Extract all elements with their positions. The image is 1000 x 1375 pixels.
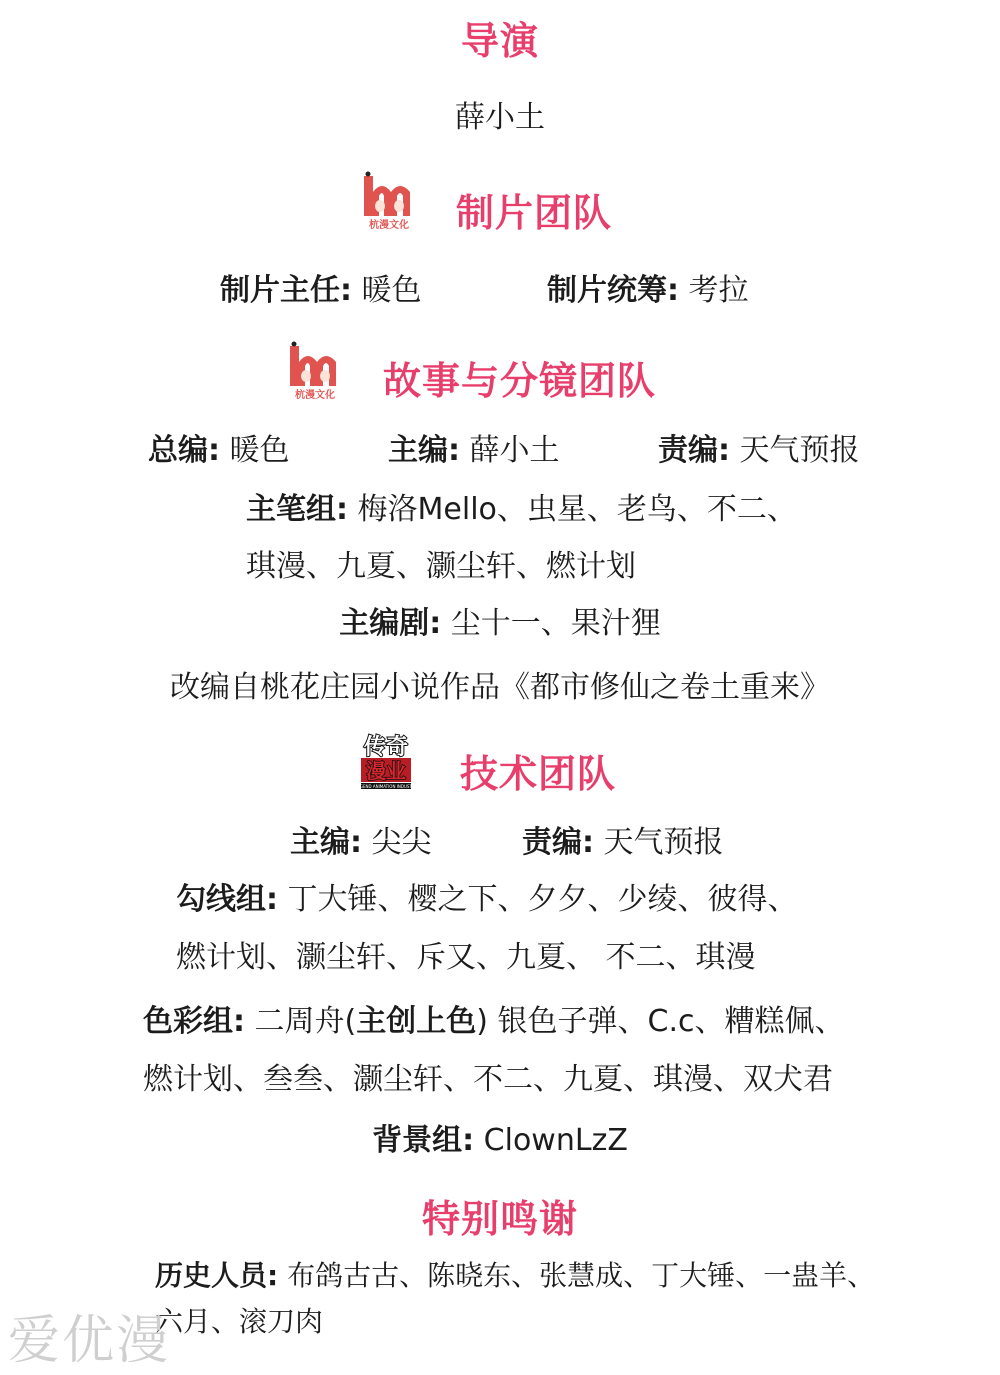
coloring-names: ) 银色子弹、C.c、糟糕佩、 bbox=[476, 1004, 844, 1039]
adaptation-note: 改编自桃花庄园小说作品《都市修仙之卷土重来》 bbox=[0, 662, 1000, 706]
tech-main-editor-label: 主编: bbox=[290, 825, 362, 860]
svg-text:传奇: 传奇 bbox=[364, 734, 408, 760]
background-label: 背景组: bbox=[372, 1123, 474, 1158]
lineart-line2: 燃计划、灏尘轩、斥又、九夏、 不二、琪漫 bbox=[176, 932, 756, 976]
chief-editor-label: 总编: bbox=[148, 433, 220, 468]
lead-artists-line1: 主笔组: 梅洛Mello、虫星、老鸟、不二、 bbox=[246, 484, 797, 528]
responsible-editor-value: 天气预报 bbox=[740, 433, 860, 468]
main-editor-label: 主编: bbox=[388, 433, 460, 468]
production-team-title: 制片团队 bbox=[456, 182, 612, 237]
svg-text:杭漫文化: 杭漫文化 bbox=[295, 388, 335, 400]
coloring-lead-role: 主创上色 bbox=[356, 1004, 476, 1039]
coloring-line1: 色彩组: 二周舟(主创上色) 银色子弹、C.c、糟糕佩、 bbox=[143, 996, 844, 1040]
lineart-line1: 勾线组: 丁大锤、樱之下、夕夕、少绫、彼得、 bbox=[176, 874, 798, 918]
production-coordinator-label: 制片统筹: bbox=[547, 273, 679, 308]
production-director-value: 暖色 bbox=[362, 273, 422, 308]
background-entry: 背景组: ClownLzZ bbox=[0, 1115, 1000, 1159]
background-value: ClownLzZ bbox=[484, 1123, 628, 1158]
lineart-label: 勾线组: bbox=[176, 882, 278, 917]
former-staff-label: 历史人员: bbox=[155, 1259, 278, 1292]
main-editor-entry: 主编: 薛小土 bbox=[388, 425, 560, 469]
hangman-culture-logo-icon: 杭漫文化 bbox=[286, 340, 344, 400]
coloring-label: 色彩组: bbox=[143, 1004, 245, 1039]
lead-artists-names: 梅洛Mello、虫星、老鸟、不二、 bbox=[358, 492, 797, 527]
special-thanks-title: 特别鸣谢 bbox=[0, 1188, 1000, 1243]
legend-animation-logo-icon: 传奇 漫业 LEGEND ANIMATION INDUSTRY bbox=[355, 728, 417, 792]
production-coordinator-entry: 制片统筹: 考拉 bbox=[547, 265, 749, 309]
svg-text:杭漫文化: 杭漫文化 bbox=[369, 218, 409, 230]
coloring-lead-name: 二周舟( bbox=[255, 1004, 357, 1039]
coloring-line2: 燃计划、叁叁、灏尘轩、不二、九夏、琪漫、双犬君 bbox=[143, 1054, 833, 1098]
tech-responsible-editor-entry: 责编: 天气预报 bbox=[522, 817, 724, 861]
former-staff-line2: 六月、滚刀肉 bbox=[155, 1300, 323, 1340]
former-staff-line1: 历史人员: 布鸽古古、陈晓东、张慧成、丁大锤、一蛊羊、 bbox=[155, 1254, 875, 1294]
hangman-culture-logo-icon: 杭漫文化 bbox=[360, 170, 418, 230]
responsible-editor-label: 责编: bbox=[658, 433, 730, 468]
watermark: 爱优漫 bbox=[8, 1298, 170, 1373]
director-title: 导演 bbox=[0, 10, 1000, 65]
production-director-label: 制片主任: bbox=[220, 273, 352, 308]
tech-main-editor-value: 尖尖 bbox=[372, 825, 432, 860]
tech-team-title: 技术团队 bbox=[460, 743, 616, 798]
svg-text:漫业: 漫业 bbox=[366, 759, 406, 783]
screenwriters-label: 主编剧: bbox=[339, 606, 441, 641]
director-name: 薛小土 bbox=[0, 92, 1000, 136]
screenwriters-value: 尘十一、果汁狸 bbox=[451, 606, 661, 641]
story-team-title: 故事与分镜团队 bbox=[383, 350, 656, 405]
responsible-editor-entry: 责编: 天气预报 bbox=[658, 425, 860, 469]
main-editor-value: 薛小土 bbox=[470, 433, 560, 468]
svg-text:LEGEND ANIMATION INDUSTRY: LEGEND ANIMATION INDUSTRY bbox=[355, 784, 417, 789]
tech-responsible-editor-value: 天气预报 bbox=[604, 825, 724, 860]
tech-responsible-editor-label: 责编: bbox=[522, 825, 594, 860]
production-coordinator-value: 考拉 bbox=[689, 273, 749, 308]
former-staff-names: 布鸽古古、陈晓东、张慧成、丁大锤、一蛊羊、 bbox=[287, 1259, 875, 1292]
lineart-names: 丁大锤、樱之下、夕夕、少绫、彼得、 bbox=[288, 882, 798, 917]
screenwriters-entry: 主编剧: 尘十一、果汁狸 bbox=[0, 598, 1000, 642]
lead-artists-line2: 琪漫、九夏、灏尘轩、燃计划 bbox=[246, 541, 636, 585]
tech-main-editor-entry: 主编: 尖尖 bbox=[290, 817, 432, 861]
production-director-entry: 制片主任: 暖色 bbox=[220, 265, 422, 309]
chief-editor-value: 暖色 bbox=[230, 433, 290, 468]
chief-editor-entry: 总编: 暖色 bbox=[148, 425, 290, 469]
lead-artists-label: 主笔组: bbox=[246, 492, 348, 527]
